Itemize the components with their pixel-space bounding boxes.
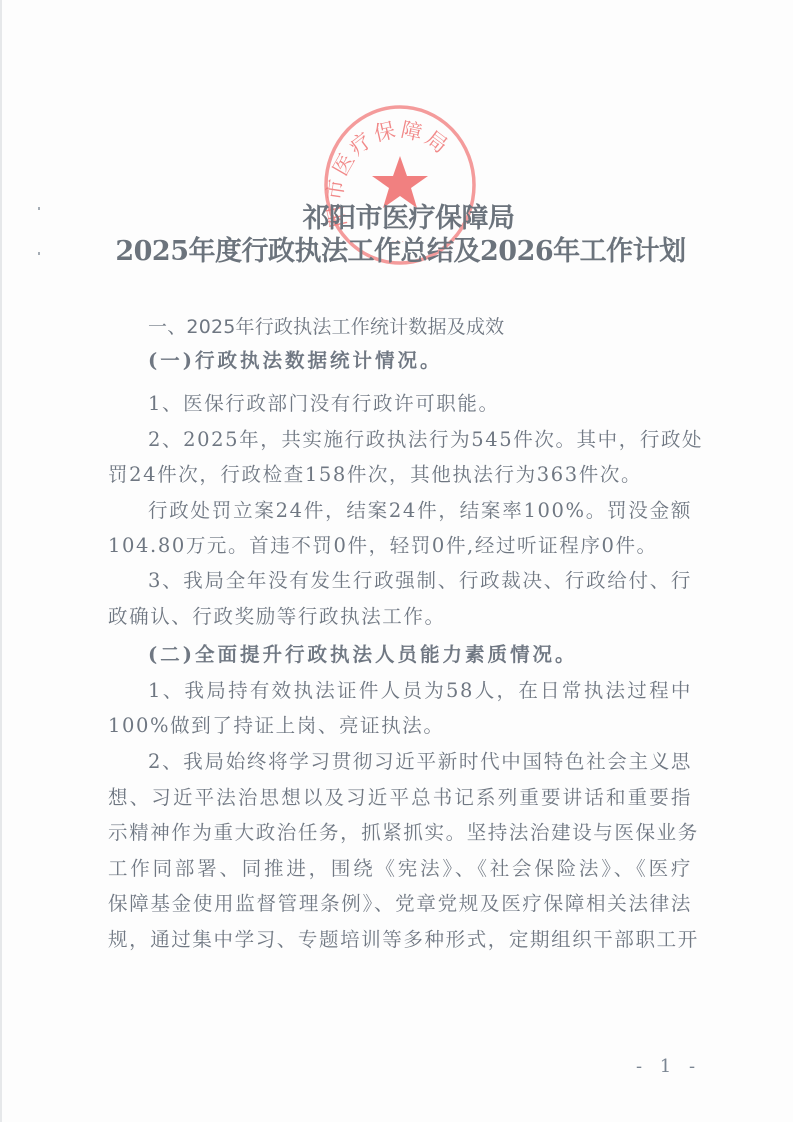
paragraph-line: 示精神作为重大政治任务，抓紧抓实。坚持法治建设与医保业务 [108,821,692,845]
paragraph-line: 政确认、行政奖励等行政执法工作。 [108,605,692,629]
paragraph-line: 想、习近平法治思想以及习近平总书记系列重要讲话和重要指 [108,786,692,810]
page-number: - 1 - [636,1056,701,1077]
subsection-heading: (一)行政执法数据统计情况。 [148,349,692,373]
scan-speck [38,252,40,255]
document-title-line2: 2025年度行政执法工作总结及2026年工作计划 [0,229,793,268]
paragraph-line: 工作同部署、同推进，围绕《宪法》、《社会保险法》、《医疗 [108,857,692,881]
paragraph-line: 保障基金使用监督管理条例》、党章党规及医疗保障相关法律法 [108,892,692,916]
subsection-heading: (二)全面提升行政执法人员能力素质情况。 [148,643,692,667]
scan-speck [38,207,40,210]
paragraph-line: 1、我局持有效执法证件人员为58人，在日常执法过程中 [148,679,692,703]
document-page: 阳市医疗保障局 ····· 祁阳市医疗保障局 2025年度行政执法工作总结及20… [0,0,793,1122]
paragraph-line: 行政处罚立案24件，结案24件，结案率100%。罚没金额 [148,499,692,523]
paragraph-line: 2、2025年，共实施行政执法行为545件次。其中，行政处 [148,428,692,452]
paragraph-line: 100%做到了持证上岗、亮证执法。 [108,714,692,738]
paragraph-line: 3、我局全年没有发生行政强制、行政裁决、行政给付、行 [148,569,692,593]
section-heading: 一、2025年行政执法工作统计数据及成效 [148,315,692,339]
paragraph-line: 罚24件次，行政检查158件次，其他执法行为363件次。 [108,463,692,487]
paragraph-line: 104.80万元。首违不罚0件，轻罚0件,经过听证程序0件。 [108,534,692,558]
paragraph-line: 2、我局始终将学习贯彻习近平新时代中国特色社会主义思 [148,750,692,774]
scan-edge [0,0,2,1122]
paragraph-line: 1、医保行政部门没有行政许可职能。 [148,392,692,416]
paragraph-line: 规，通过集中学习、专题培训等多种形式，定期组织干部职工开 [108,928,692,952]
